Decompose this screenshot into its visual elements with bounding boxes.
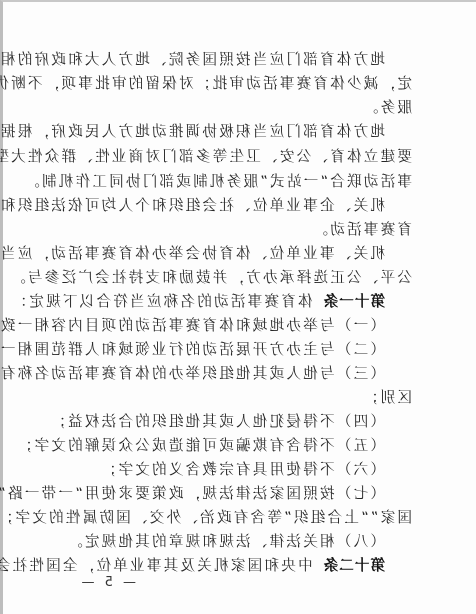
item-text: 与他人或其他组织举办的体育赛事活动名称有实质性 — [0, 365, 335, 382]
item-label: （六） — [335, 461, 385, 478]
item-label: （三） — [335, 365, 385, 382]
item-label: （二） — [335, 341, 385, 358]
paragraph-2-line-2: 要建立体育、公安、卫生等多部门对商业性、群众性大型体育赛 — [62, 146, 412, 168]
paragraph-4-line-1: 机关、事业单位、体育协会举办体育赛事活动，应当公开、 — [62, 243, 385, 265]
paragraph-4-line-2: 公平、公正选择承办方，并鼓励和支持社会广泛参与。 — [62, 267, 412, 289]
item-label: （七） — [335, 485, 385, 502]
article-11-item-3-continuation: 区别； — [62, 387, 412, 409]
article-11-item-1: （一）与举办地域和体育赛事活动的项目内容相一致； — [35, 315, 385, 337]
item-text: 不得使用具有宗教含义的文字； — [99, 461, 334, 478]
paragraph-2-line-3: 事活动联合“一站式”服务机制或部门协同工作机制。 — [62, 171, 412, 193]
article-11-item-7: （七）按照国家法律法规，政策要求使用“一带一路”“金砖 — [35, 483, 385, 505]
article-11-item-6: （六）不得使用具有宗教含义的文字； — [35, 459, 385, 481]
article-11-heading: 第十一条 — [323, 293, 385, 310]
item-label: （五） — [335, 437, 385, 454]
item-text: 按照国家法律法规，政策要求使用“一带一路”“金砖 — [0, 485, 335, 502]
document-page: 地方体育部门应当按照国务院、地方人大和政府的相关规 定，减少体育赛事活动审批；对… — [0, 0, 476, 614]
paragraph-3-line-2: 育赛事活动。 — [62, 219, 412, 241]
item-text: 不得侵犯他人或其他组织的合法权益； — [49, 413, 335, 430]
paragraph-3-line-1: 机关、企事业单位、社会组织和个人均可依法组织和举办体 — [62, 195, 385, 217]
item-text: 相关法律、法规和规章的其他规定。 — [66, 533, 335, 550]
article-12-intro: 中央和国家机关及其事业单位，全国性社会组织 — [0, 557, 313, 574]
item-label: （四） — [335, 413, 385, 430]
paragraph-1-line-2: 定，减少体育赛事活动审批；对保留的审批事项，不断优化 — [62, 73, 412, 95]
item-text: 与举办地域和体育赛事活动的项目内容相一致； — [0, 317, 335, 334]
paragraph-2-line-1: 地方体育部门应当积极协调推动地方人民政府，根据实际需 — [62, 121, 385, 143]
article-11-intro: 体育赛事活动的名称应当符合以下规定： — [10, 293, 312, 310]
item-text: 不得含有欺骗或可能造成公众误解的文字； — [16, 437, 335, 454]
article-12-heading-line: 第十二条中央和国家机关及其事业单位，全国性社会组织 — [62, 555, 385, 577]
item-label: （八） — [335, 533, 385, 550]
item-label: （一） — [335, 317, 385, 334]
article-11-item-4: （四）不得侵犯他人或其他组织的合法权益； — [35, 411, 385, 433]
article-11-item-3: （三）与他人或其他组织举办的体育赛事活动名称有实质性 — [35, 363, 385, 385]
article-11-item-8: （八）相关法律、法规和规章的其他规定。 — [35, 531, 385, 553]
article-11-item-5: （五）不得含有欺骗或可能造成公众误解的文字； — [35, 435, 385, 457]
item-text: 与主办方开展活动的行业领域和人群范围相一致； — [0, 341, 335, 358]
article-11-heading-line: 第十一条体育赛事活动的名称应当符合以下规定： — [62, 291, 385, 313]
article-11-item-7-continuation: 国家”“上合组织”等含有政治、外交、国防属性的文字； — [62, 507, 412, 529]
paragraph-1-line-3: 服务。 — [62, 97, 412, 119]
page-number: — 5 — — [78, 575, 136, 590]
article-12-heading: 第十二条 — [323, 557, 385, 574]
paragraph-1-line-1: 地方体育部门应当按照国务院、地方人大和政府的相关规 — [62, 49, 385, 71]
article-11-item-2: （二）与主办方开展活动的行业领域和人群范围相一致； — [35, 339, 385, 361]
